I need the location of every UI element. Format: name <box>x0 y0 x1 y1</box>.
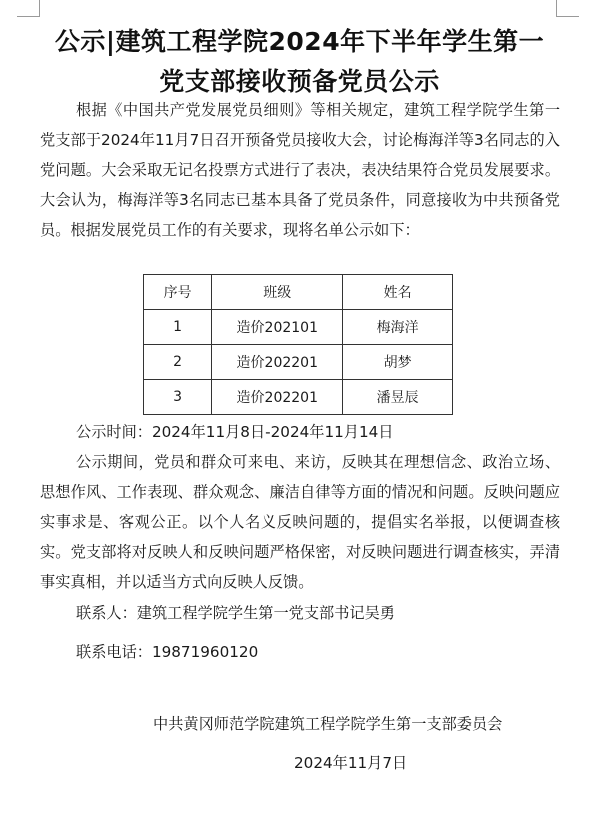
cell-class: 造价202201 <box>212 380 343 415</box>
contact-phone: 联系电话：19871960120 <box>76 637 258 667</box>
header-class: 班级 <box>212 275 343 310</box>
cell-number: 3 <box>144 380 212 415</box>
contact-person: 联系人：建筑工程学院学生第一党支部书记吴勇 <box>76 598 395 628</box>
candidate-table: 序号 班级 姓名 1 造价202101 梅海洋 2 造价202201 胡梦 3 … <box>143 274 453 415</box>
header-number: 序号 <box>144 275 212 310</box>
table-header-row: 序号 班级 姓名 <box>144 275 453 310</box>
signature-date: 2024年11月7日 <box>294 748 407 778</box>
header-name: 姓名 <box>343 275 453 310</box>
cell-number: 1 <box>144 310 212 345</box>
document-title-line-1: 公示|建筑工程学院2024年下半年学生第一 <box>0 22 599 58</box>
document-title-line-2: 党支部接收预备党员公示 <box>0 62 599 98</box>
signature-organization: 中共黄冈师范学院建筑工程学院学生第一支部委员会 <box>153 709 502 739</box>
cell-class: 造价202101 <box>212 310 343 345</box>
cell-number: 2 <box>144 345 212 380</box>
publicity-period: 公示时间：2024年11月8日-2024年11月14日 <box>76 417 393 447</box>
cell-name: 梅海洋 <box>343 310 453 345</box>
table-row: 3 造价202201 潘昱辰 <box>144 380 453 415</box>
cell-name: 胡梦 <box>343 345 453 380</box>
intro-paragraph: 根据《中国共产党发展党员细则》等相关规定，建筑工程学院学生第一党支部于2024年… <box>40 95 560 245</box>
page-corner-mark-right <box>556 0 579 17</box>
table-row: 2 造价202201 胡梦 <box>144 345 453 380</box>
page-corner-mark-left <box>17 0 40 17</box>
table-row: 1 造价202101 梅海洋 <box>144 310 453 345</box>
feedback-paragraph: 公示期间，党员和群众可来电、来访，反映其在理想信念、政治立场、思想作风、工作表现… <box>40 447 560 597</box>
cell-class: 造价202201 <box>212 345 343 380</box>
cell-name: 潘昱辰 <box>343 380 453 415</box>
